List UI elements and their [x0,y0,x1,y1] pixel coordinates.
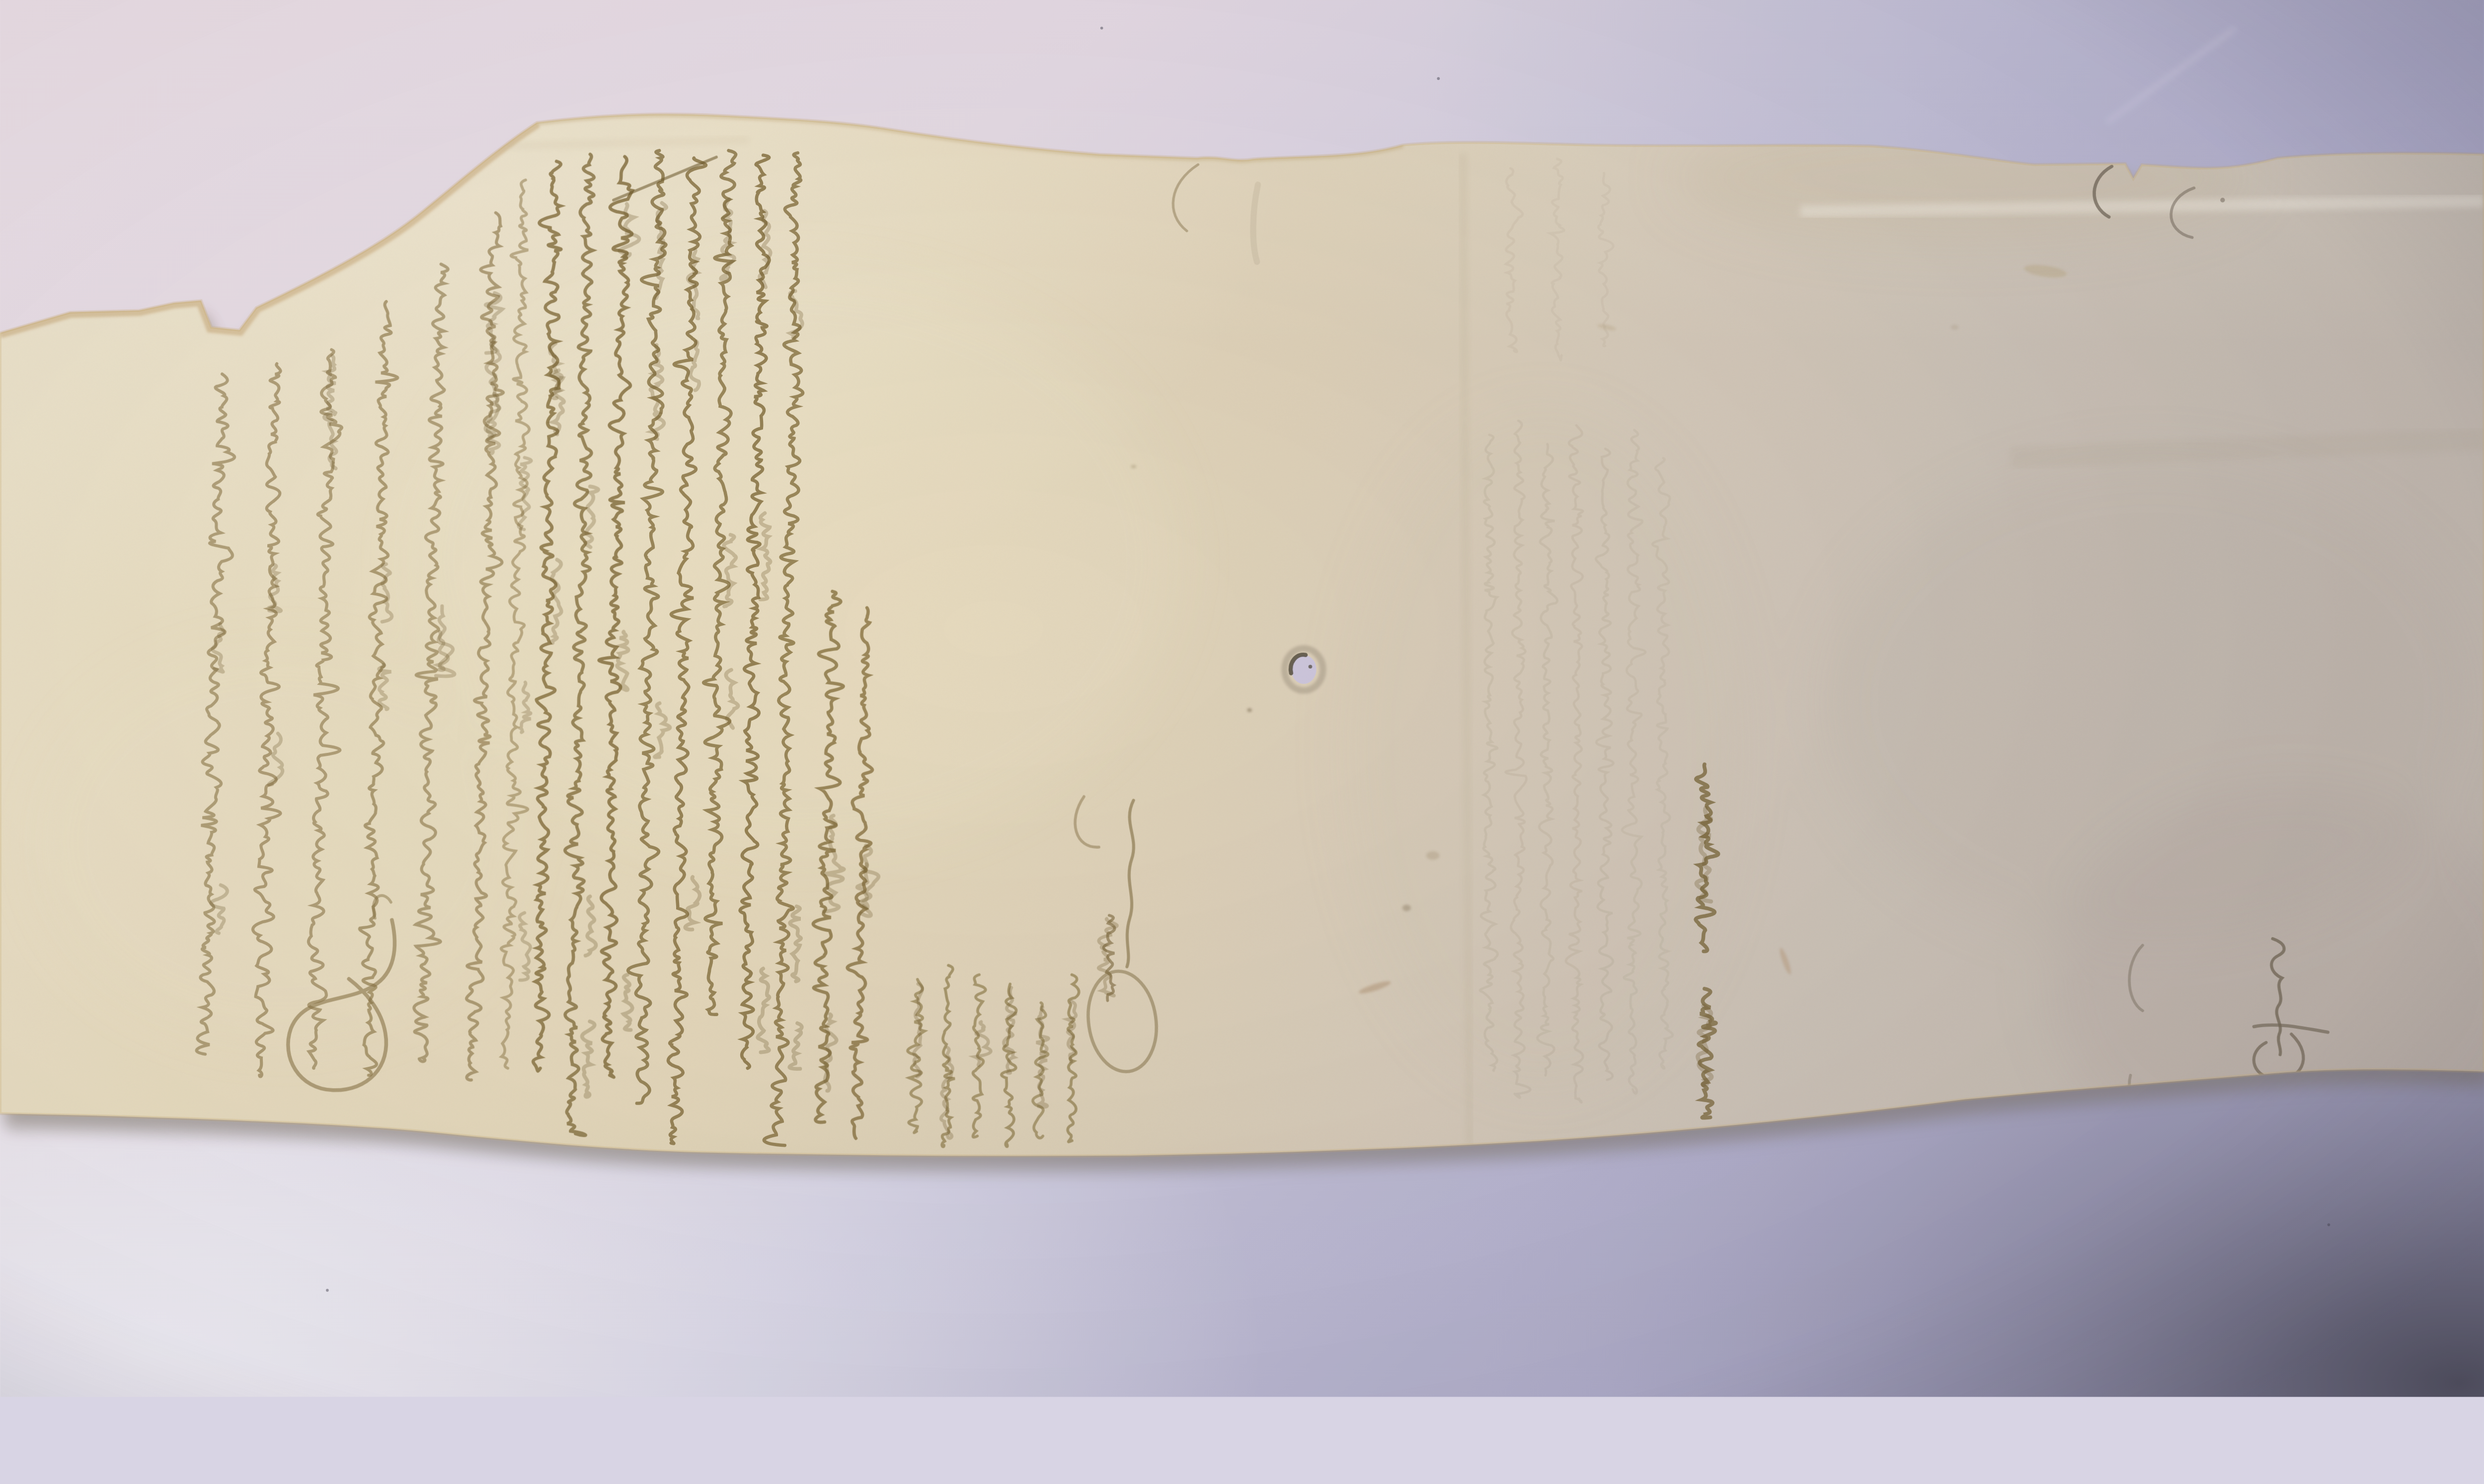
vignette [0,0,2484,1397]
manuscript-photo-canvas [0,0,2484,1397]
manuscript-photo [0,0,2484,1397]
